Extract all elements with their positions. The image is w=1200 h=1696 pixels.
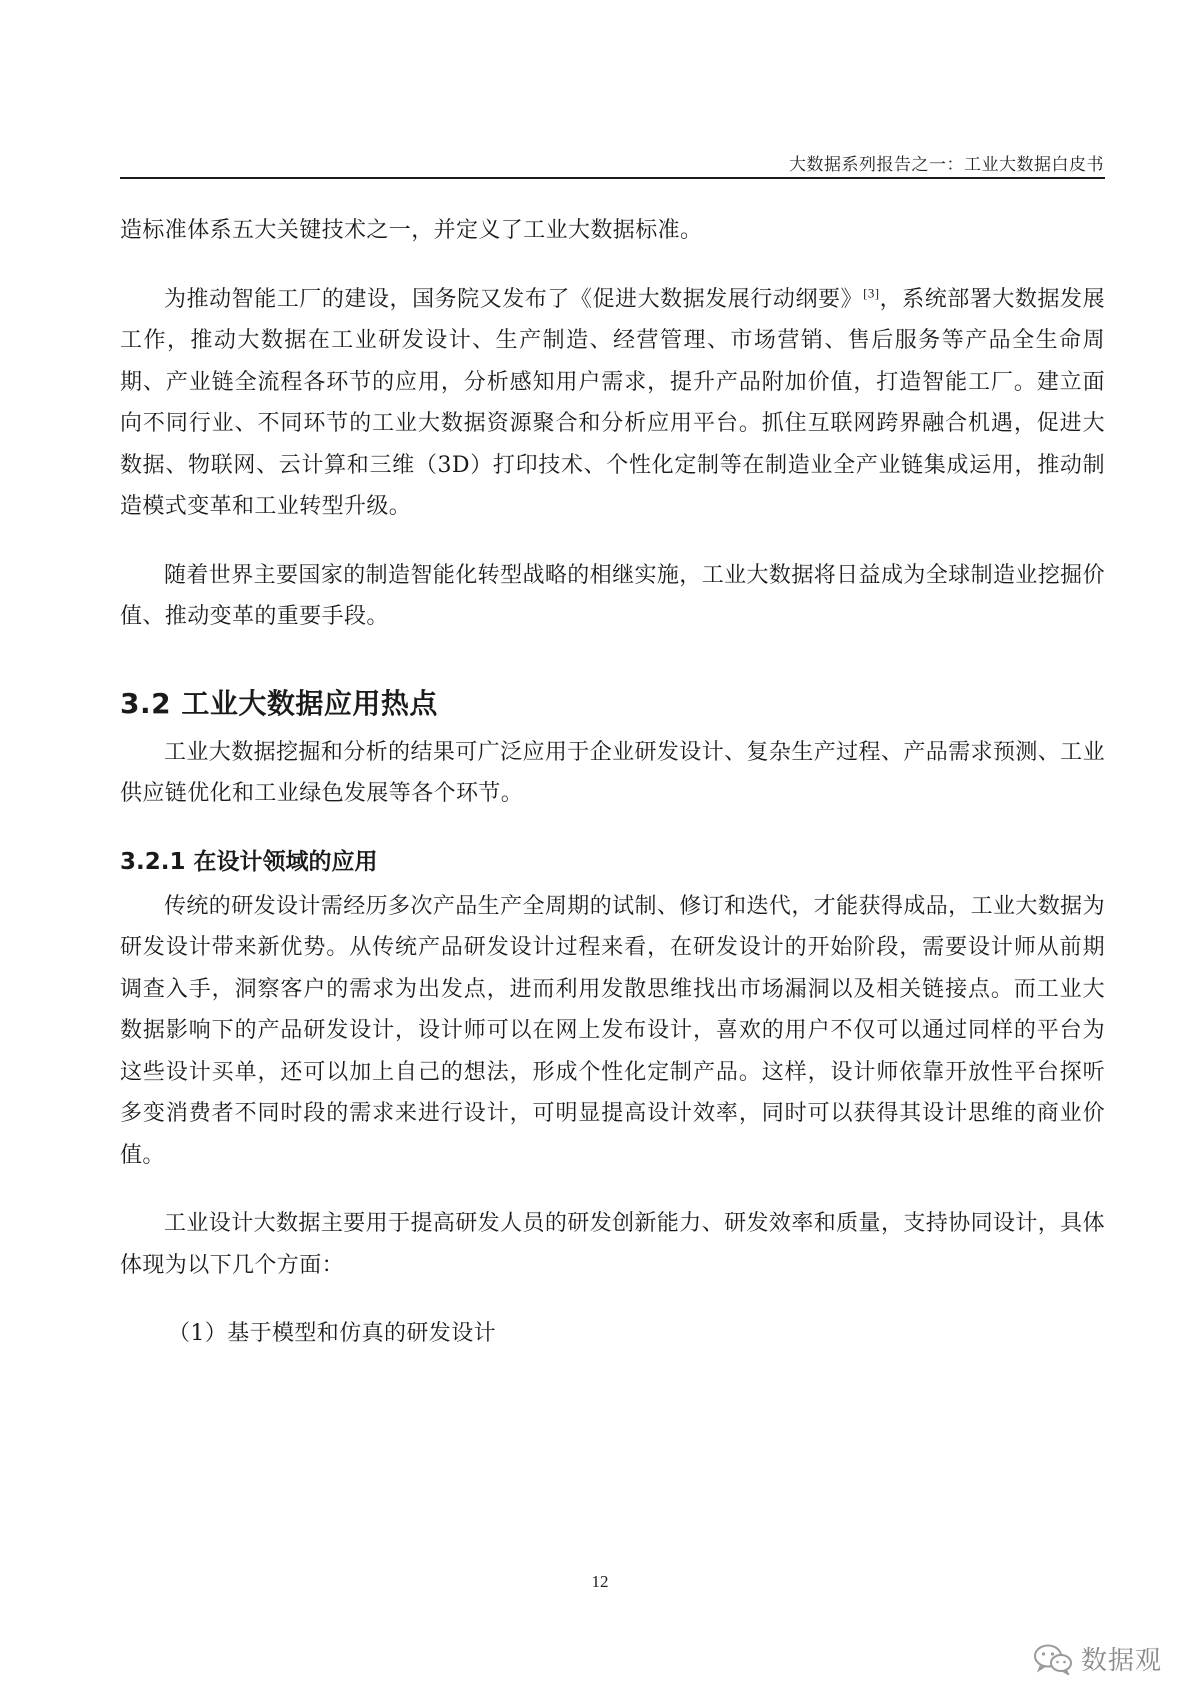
wechat-icon bbox=[1033, 1643, 1073, 1675]
subsection-heading: 3.2.1 在设计领域的应用 bbox=[120, 843, 1105, 876]
paragraph-action-outline: 为推动智能工厂的建设，国务院又发布了《促进大数据发展行动纲要》[3]，系统部署大… bbox=[120, 279, 1105, 528]
paragraph-text: 为推动智能工厂的建设，国务院又发布了《促进大数据发展行动纲要》 bbox=[164, 287, 863, 312]
paragraph-design-application: 传统的研发设计需经历多次产品生产全周期的试制、修订和迭代，才能获得成品，工业大数… bbox=[120, 886, 1105, 1177]
list-item: （1）基于模型和仿真的研发设计 bbox=[120, 1313, 1105, 1355]
watermark-text: 数据观 bbox=[1081, 1640, 1162, 1677]
paragraph-continued: 造标准体系五大关键技术之一，并定义了工业大数据标准。 bbox=[120, 210, 1105, 252]
page-content: 造标准体系五大关键技术之一，并定义了工业大数据标准。 为推动智能工厂的建设，国务… bbox=[120, 210, 1105, 1355]
watermark: 数据观 bbox=[1033, 1640, 1162, 1677]
section-heading: 3.2 工业大数据应用热点 bbox=[120, 682, 1105, 722]
running-header: 大数据系列报告之一：工业大数据白皮书 bbox=[789, 150, 1104, 175]
page-number: 12 bbox=[0, 1572, 1200, 1592]
document-page: 大数据系列报告之一：工业大数据白皮书 造标准体系五大关键技术之一，并定义了工业大… bbox=[0, 0, 1200, 1696]
header-rule bbox=[120, 177, 1105, 179]
paragraph-text: ，系统部署大数据发展工作，推动大数据在工业研发设计、生产制造、经营管理、市场营销… bbox=[120, 287, 1105, 520]
paragraph-global-trend: 随着世界主要国家的制造智能化转型战略的相继实施，工业大数据将日益成为全球制造业挖… bbox=[120, 555, 1105, 638]
citation-ref[interactable]: [3] bbox=[863, 285, 879, 300]
paragraph-section-intro: 工业大数据挖掘和分析的结果可广泛应用于企业研发设计、复杂生产过程、产品需求预测、… bbox=[120, 732, 1105, 815]
paragraph-design-bigdata: 工业设计大数据主要用于提高研发人员的研发创新能力、研发效率和质量，支持协同设计，… bbox=[120, 1203, 1105, 1286]
